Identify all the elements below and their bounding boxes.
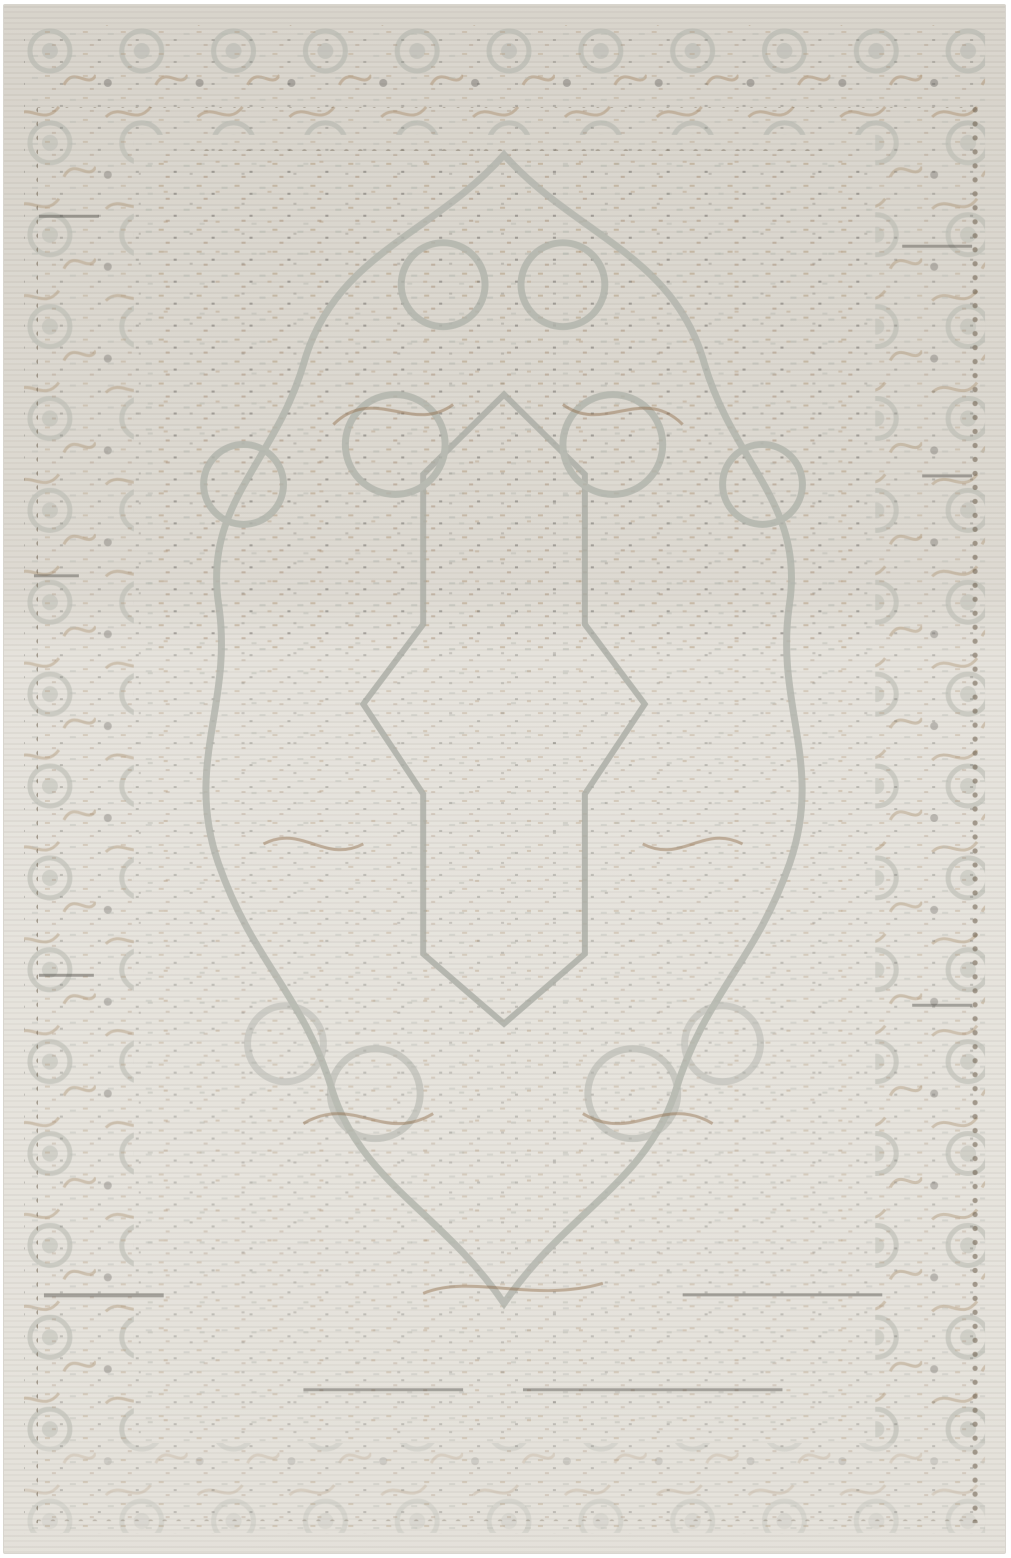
rug-pattern [4, 5, 1005, 1553]
area-rug [3, 4, 1006, 1554]
